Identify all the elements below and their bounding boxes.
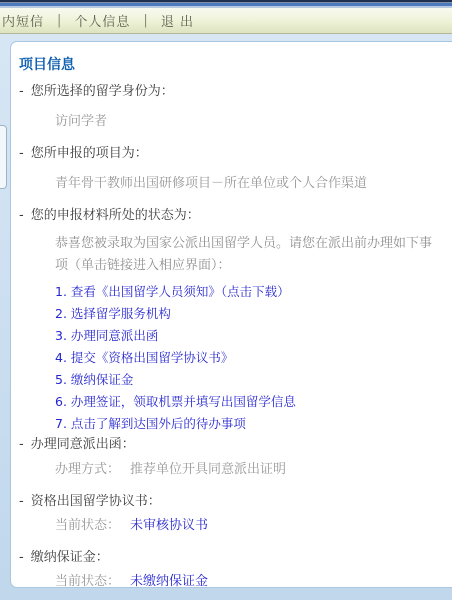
section-label: 缴纳保证金： bbox=[31, 550, 109, 566]
step-link-choose-service-agency[interactable]: 2. 选择留学服务机构 bbox=[55, 303, 440, 325]
section-header-material-status: - 您的申报材料所处的状态为： bbox=[19, 208, 440, 224]
top-navbar: 内短信 | 个人信息 | 退 出 bbox=[0, 8, 452, 34]
section-header-dispatch-letter: - 办理同意派出函： bbox=[19, 437, 440, 453]
bullet-dash: - bbox=[19, 494, 24, 510]
status-label: 当前状态： bbox=[55, 518, 120, 533]
section-label: 您所申报的项目为： bbox=[31, 146, 148, 162]
section-header-study-identity: - 您所选择的留学身份为： bbox=[19, 84, 440, 100]
section-label: 您所选择的留学身份为： bbox=[31, 84, 174, 100]
agreement-status-row: 当前状态：未审核协议书 bbox=[55, 518, 440, 534]
bullet-dash: - bbox=[19, 146, 24, 162]
step-link-submit-agreement[interactable]: 4. 提交《资格出国留学协议书》 bbox=[55, 347, 440, 369]
method-value: 推荐单位开具同意派出证明 bbox=[130, 462, 286, 477]
section-header-applied-project: - 您所申报的项目为： bbox=[19, 146, 440, 162]
nav-item-personal-info[interactable]: 个人信息 bbox=[74, 11, 130, 30]
dispatch-letter-method-row: 办理方式：推荐单位开具同意派出证明 bbox=[55, 462, 440, 478]
step-link-view-notice[interactable]: 1. 查看《出国留学人员须知》（点击下载） bbox=[55, 281, 440, 303]
agreement-status-link[interactable]: 未审核协议书 bbox=[130, 518, 208, 533]
deposit-status-link[interactable]: 未缴纳保证金 bbox=[130, 574, 208, 589]
bullet-dash: - bbox=[19, 84, 24, 100]
deposit-status-row: 当前状态：未缴纳保证金 bbox=[55, 574, 440, 590]
window-top-strip bbox=[0, 0, 452, 8]
nav-separator: | bbox=[57, 13, 61, 28]
page-title: 项目信息 bbox=[19, 56, 440, 74]
applied-project-value: 青年骨干教师出国研修项目－所在单位或个人合作渠道 bbox=[55, 176, 440, 192]
section-label: 资格出国留学协议书： bbox=[31, 494, 161, 510]
section-label: 办理同意派出函： bbox=[31, 437, 135, 453]
bullet-dash: - bbox=[19, 550, 24, 566]
status-label: 当前状态： bbox=[55, 574, 120, 589]
nav-item-logout[interactable]: 退 出 bbox=[161, 11, 194, 30]
step-link-abroad-todo[interactable]: 7. 点击了解到达国外后的待办事项 bbox=[55, 413, 440, 435]
section-header-agreement: - 资格出国留学协议书： bbox=[19, 494, 440, 510]
bullet-dash: - bbox=[19, 208, 24, 224]
step-link-pay-deposit[interactable]: 5. 缴纳保证金 bbox=[55, 369, 440, 391]
pre-departure-steps-list: 1. 查看《出国留学人员须知》（点击下载） 2. 选择留学服务机构 3. 办理同… bbox=[55, 281, 440, 435]
method-label: 办理方式： bbox=[55, 462, 120, 477]
study-identity-value: 访问学者 bbox=[55, 114, 440, 130]
nav-item-messages[interactable]: 内短信 bbox=[2, 11, 44, 30]
project-info-panel: 项目信息 - 您所选择的留学身份为： 访问学者 - 您所申报的项目为： 青年骨干… bbox=[10, 41, 452, 588]
step-link-visa-ticket-info[interactable]: 6. 办理签证，领取机票并填写出国留学信息 bbox=[55, 391, 440, 413]
nav-separator: | bbox=[143, 13, 147, 28]
section-label: 您的申报材料所处的状态为： bbox=[31, 208, 200, 224]
step-link-dispatch-letter[interactable]: 3. 办理同意派出函 bbox=[55, 325, 440, 347]
section-header-deposit: - 缴纳保证金： bbox=[19, 550, 440, 566]
left-scrollbar-thumb[interactable] bbox=[0, 125, 7, 189]
congratulations-paragraph: 恭喜您被录取为国家公派出国留学人员。请您在派出前办理如下事项（单击链接进入相应界… bbox=[55, 233, 439, 277]
bullet-dash: - bbox=[19, 437, 24, 453]
